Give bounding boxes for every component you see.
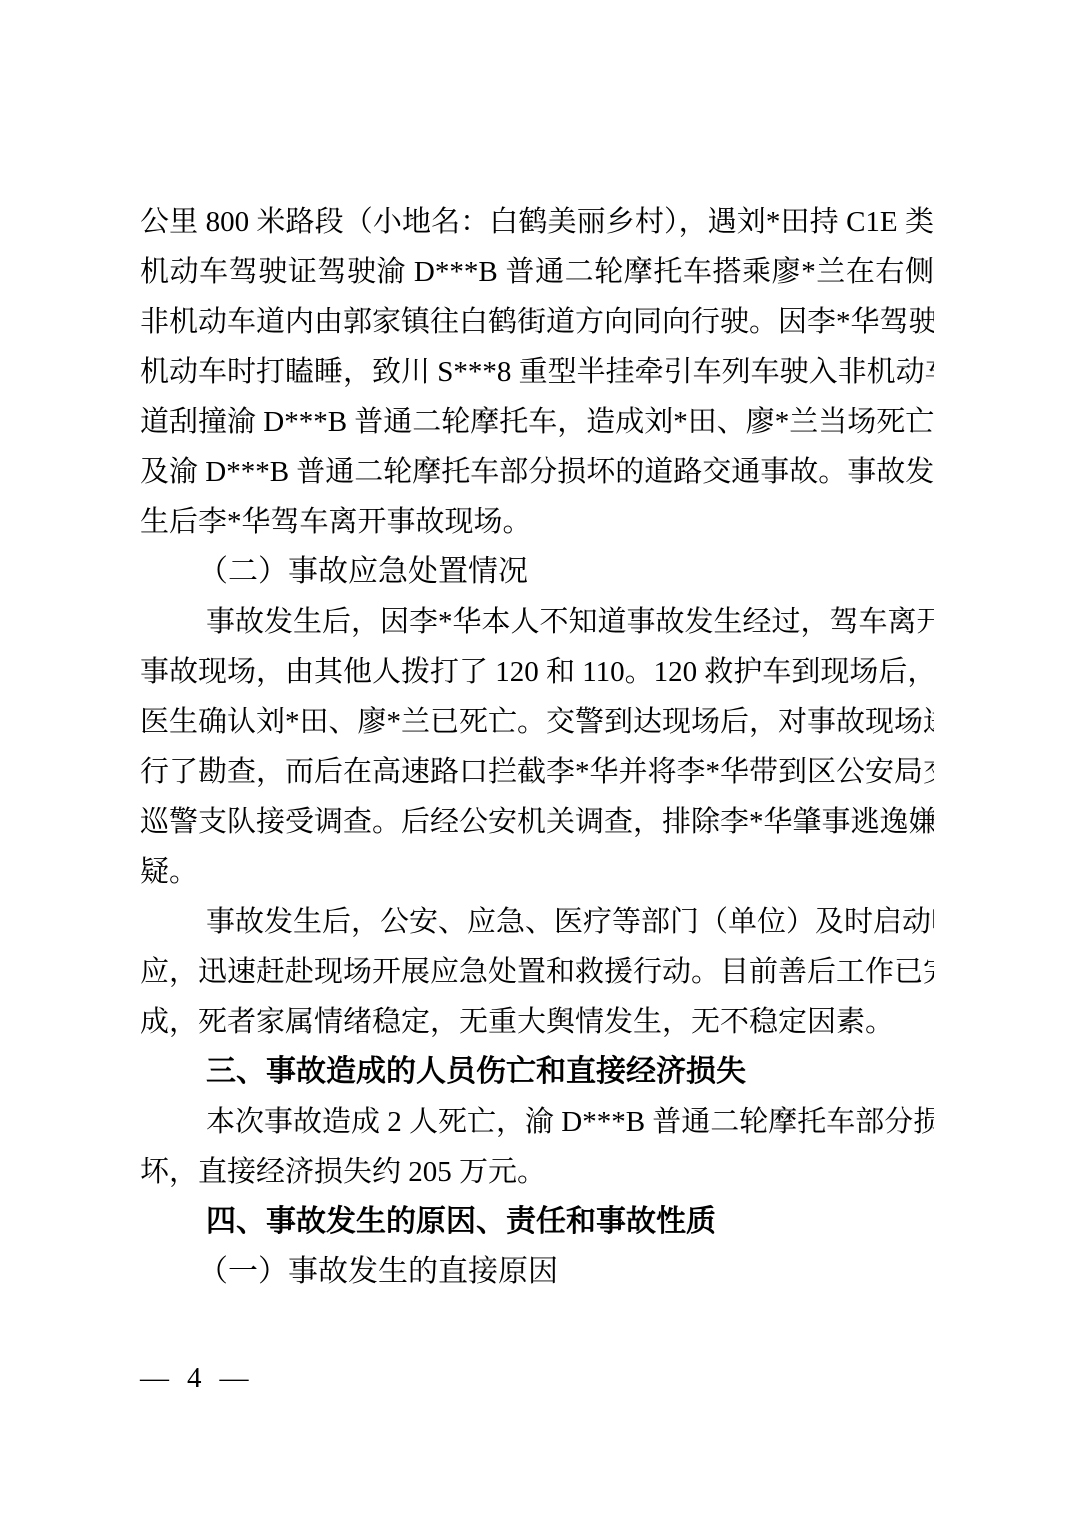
page-number: 4 [187, 1358, 202, 1398]
subsection-heading: （一）事故发生的直接原因 [140, 1247, 934, 1297]
body-text-line: 行了勘查，而后在高速路口拦截李*华并将李*华带到区公安局交 [140, 747, 934, 797]
subsection-heading: （二）事故应急处置情况 [140, 547, 934, 597]
body-text-line: 医生确认刘*田、廖*兰已死亡。交警到达现场后，对事故现场进 [140, 697, 934, 747]
section-heading: 三、事故造成的人员伤亡和直接经济损失 [140, 1047, 934, 1097]
body-text-line: 坏，直接经济损失约 205 万元。 [140, 1147, 934, 1197]
body-text-line: 公里 800 米路段（小地名：白鹤美丽乡村），遇刘*田持 C1E 类 [140, 197, 934, 247]
body-text-line: 非机动车道内由郭家镇往白鹤街道方向同向行驶。因李*华驾驶 [140, 297, 934, 347]
body-text-line: 巡警支队接受调查。后经公安机关调查，排除李*华肇事逃逸嫌 [140, 797, 934, 847]
body-text-line: 成，死者家属情绪稳定，无重大舆情发生，无不稳定因素。 [140, 997, 934, 1047]
page-footer: — 4 — [140, 1358, 249, 1398]
body-text-line: 应，迅速赶赴现场开展应急处置和救援行动。目前善后工作已完 [140, 947, 934, 997]
document-page: 公里 800 米路段（小地名：白鹤美丽乡村），遇刘*田持 C1E 类机动车驾驶证… [0, 0, 1074, 1520]
document-body: 公里 800 米路段（小地名：白鹤美丽乡村），遇刘*田持 C1E 类机动车驾驶证… [140, 197, 934, 1297]
footer-dash-right: — [220, 1358, 249, 1398]
body-text-line: 生后李*华驾车离开事故现场。 [140, 497, 934, 547]
body-text-line: 机动车驾驶证驾驶渝 D***B 普通二轮摩托车搭乘廖*兰在右侧 [140, 247, 934, 297]
body-text-line: 事故发生后，因李*华本人不知道事故发生经过，驾车离开 [140, 597, 934, 647]
body-text-line: 事故现场，由其他人拨打了 120 和 110。120 救护车到现场后， [140, 647, 934, 697]
section-heading: 四、事故发生的原因、责任和事故性质 [140, 1197, 934, 1247]
footer-dash-left: — [140, 1358, 169, 1398]
body-text-line: 机动车时打瞌睡，致川 S***8 重型半挂牵引车列车驶入非机动车 [140, 347, 934, 397]
body-text-line: 道刮撞渝 D***B 普通二轮摩托车，造成刘*田、廖*兰当场死亡 [140, 397, 934, 447]
body-text-line: 疑。 [140, 847, 934, 897]
body-text-line: 本次事故造成 2 人死亡，渝 D***B 普通二轮摩托车部分损 [140, 1097, 934, 1147]
body-text-line: 事故发生后，公安、应急、医疗等部门（单位）及时启动响 [140, 897, 934, 947]
body-text-line: 及渝 D***B 普通二轮摩托车部分损坏的道路交通事故。事故发 [140, 447, 934, 497]
